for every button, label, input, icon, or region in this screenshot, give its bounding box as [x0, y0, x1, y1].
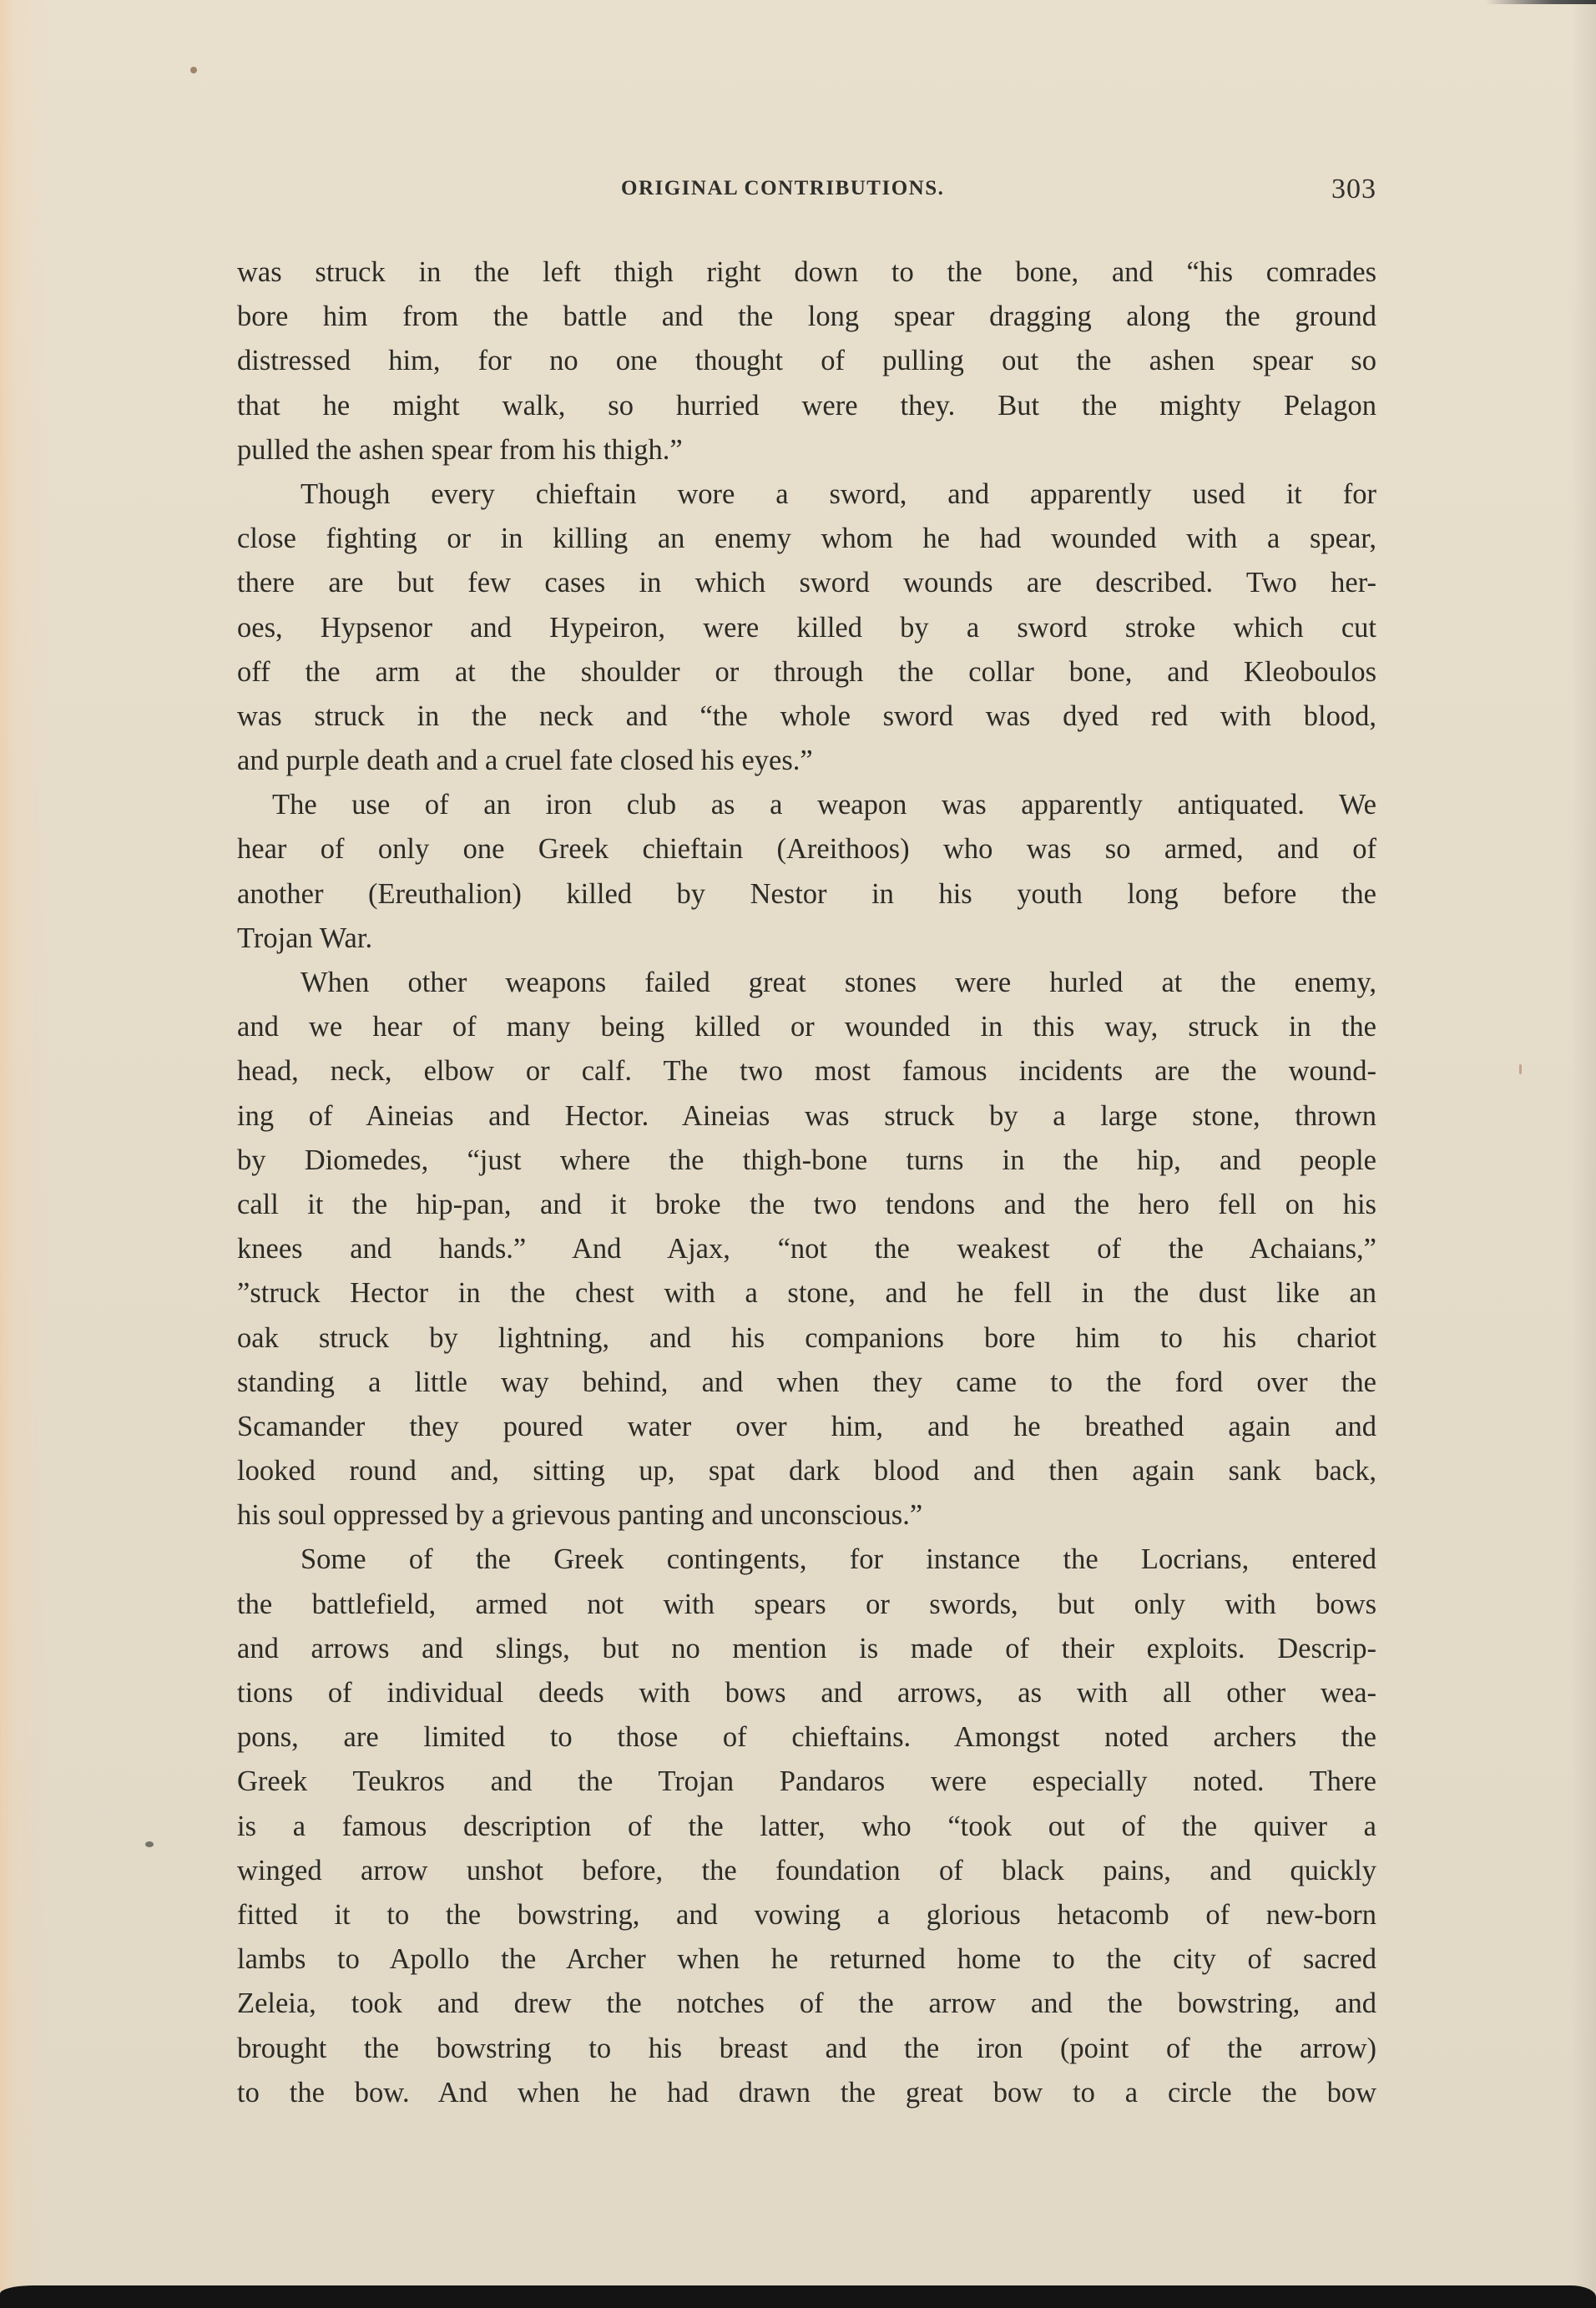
- text-line: close fighting or in killing an enemy wh…: [237, 517, 1376, 561]
- text-line: tions of individual deeds with bows and …: [237, 1671, 1376, 1715]
- text-line: to the bow. And when he had drawn the gr…: [237, 2071, 1376, 2115]
- text-line: was struck in the left thigh right down …: [237, 250, 1376, 295]
- text-line: oes, Hypsenor and Hypeiron, were killed …: [237, 606, 1376, 650]
- text-line: and we hear of many being killed or woun…: [237, 1005, 1376, 1049]
- text-line: looked round and, sitting up, spat dark …: [237, 1449, 1376, 1493]
- page-top-edge-shadow: [1486, 0, 1596, 4]
- text-line: is a famous description of the latter, w…: [237, 1805, 1376, 1849]
- text-line: Greek Teukros and the Trojan Pandaros we…: [237, 1760, 1376, 1804]
- paper-speck: [145, 1841, 154, 1847]
- text-line: fitted it to the bowstring, and vowing a…: [237, 1893, 1376, 1937]
- text-line: distressed him, for no one thought of pu…: [237, 339, 1376, 383]
- text-line: by Diomedes, “just where the thigh-bone …: [237, 1139, 1376, 1183]
- text-line: Zeleia, took and drew the notches of the…: [237, 1982, 1376, 2026]
- text-line: off the arm at the shoulder or through t…: [237, 650, 1376, 694]
- text-line: hear of only one Greek chieftain (Areith…: [237, 827, 1376, 871]
- text-line: The use of an iron club as a weapon was …: [237, 783, 1376, 827]
- text-line: winged arrow unshot before, the foundati…: [237, 1849, 1376, 1893]
- text-line: that he might walk, so hurried were they…: [237, 384, 1376, 428]
- text-line: was struck in the neck and “the whole sw…: [237, 694, 1376, 739]
- text-line: standing a little way behind, and when t…: [237, 1361, 1376, 1405]
- text-line: Though every chieftain wore a sword, and…: [237, 472, 1376, 517]
- text-line: knees and hands.” And Ajax, “not the wea…: [237, 1227, 1376, 1271]
- text-line: Some of the Greek contingents, for insta…: [237, 1538, 1376, 1582]
- paragraph: Some of the Greek contingents, for insta…: [237, 1538, 1376, 2114]
- text-line: Trojan War.: [237, 917, 1376, 961]
- paragraph: When other weapons failed great stones w…: [237, 961, 1376, 1538]
- text-line: pons, are limited to those of chieftains…: [237, 1715, 1376, 1760]
- text-line: there are but few cases in which sword w…: [237, 561, 1376, 605]
- text-line: oak struck by lightning, and his compani…: [237, 1316, 1376, 1361]
- paragraph: Though every chieftain wore a sword, and…: [237, 472, 1376, 783]
- text-line: brought the bowstring to his breast and …: [237, 2027, 1376, 2071]
- text-line: the battlefield, armed not with spears o…: [237, 1583, 1376, 1627]
- paragraph: The use of an iron club as a weapon was …: [237, 783, 1376, 961]
- running-title: ORIGINAL CONTRIBUTIONS.: [621, 177, 944, 200]
- paper-speck: [1519, 1064, 1522, 1074]
- text-line: Scamander they poured water over him, an…: [237, 1405, 1376, 1449]
- text-line: call it the hip-pan, and it broke the tw…: [237, 1183, 1376, 1227]
- text-line: pulled the ashen spear from his thigh.”: [237, 428, 1376, 472]
- body-text: was struck in the left thigh right down …: [237, 250, 1376, 2115]
- text-line: and arrows and slings, but no mention is…: [237, 1627, 1376, 1671]
- text-line: bore him from the battle and the long sp…: [237, 295, 1376, 339]
- text-line: his soul oppressed by a grievous panting…: [237, 1493, 1376, 1538]
- text-line: head, neck, elbow or calf. The two most …: [237, 1049, 1376, 1093]
- paper-speck: [190, 67, 197, 73]
- text-line: When other weapons failed great stones w…: [237, 961, 1376, 1005]
- running-head: ORIGINAL CONTRIBUTIONS. 303: [237, 177, 1376, 210]
- text-line: ing of Aineias and Hector. Aineias was s…: [237, 1094, 1376, 1139]
- scan-bottom-shadow: [0, 2285, 1596, 2308]
- page-number: 303: [1331, 174, 1376, 205]
- text-line: ”struck Hector in the chest with a stone…: [237, 1271, 1376, 1316]
- text-line: lambs to Apollo the Archer when he retur…: [237, 1937, 1376, 1982]
- text-line: and purple death and a cruel fate closed…: [237, 739, 1376, 783]
- text-line: another (Ereuthalion) killed by Nestor i…: [237, 872, 1376, 917]
- paragraph: was struck in the left thigh right down …: [237, 250, 1376, 472]
- book-page: ORIGINAL CONTRIBUTIONS. 303 was struck i…: [0, 0, 1596, 2308]
